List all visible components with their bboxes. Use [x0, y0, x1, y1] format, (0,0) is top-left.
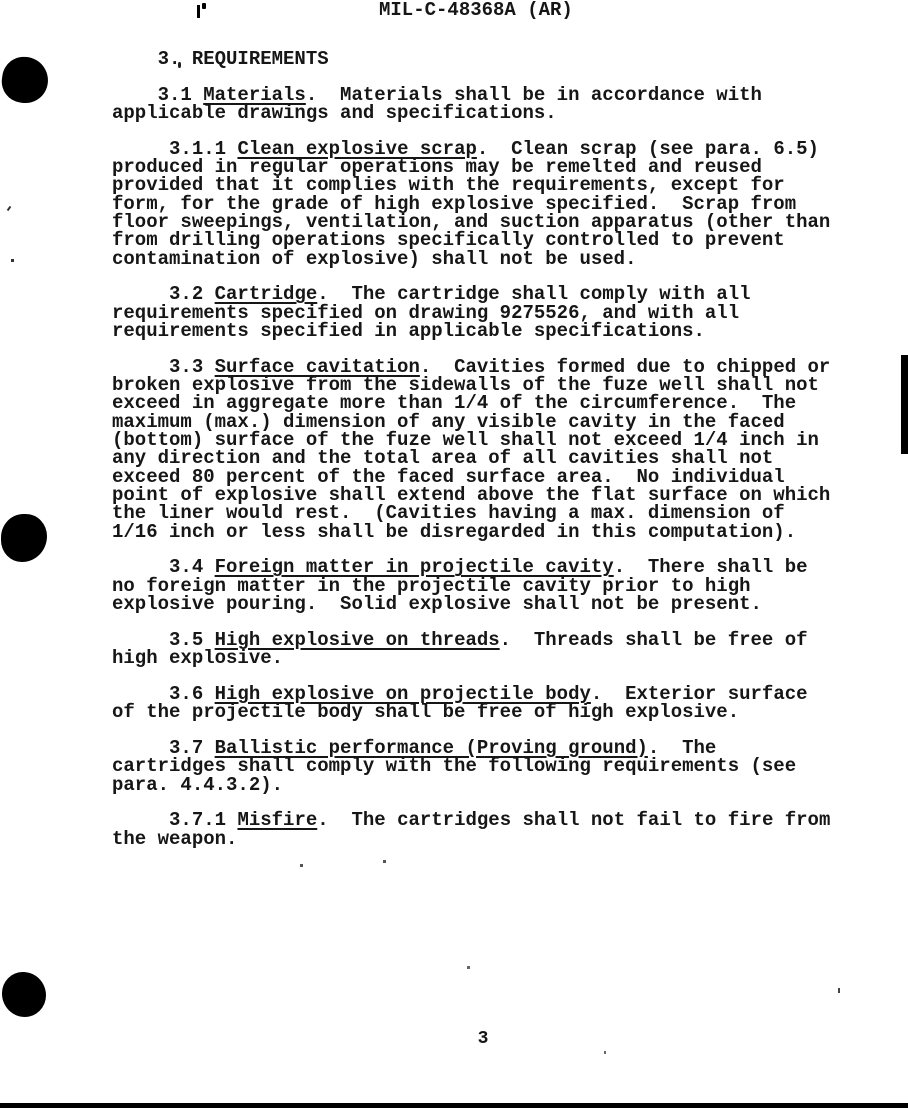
document-id-header: MIL-C-48368A (AR): [379, 1, 573, 20]
para-3-3: 3.3 Surface cavitation. Cavities formed …: [112, 358, 854, 541]
page-bottom-rule: [0, 1103, 908, 1108]
scan-speck: [604, 1051, 606, 1054]
scan-speck: [467, 966, 470, 969]
section-3-heading: 3. REQUIREMENTS: [112, 50, 854, 68]
para-3-2: 3.2 Cartridge. The cartridge shall compl…: [112, 285, 854, 340]
scan-artifact-mark: [197, 5, 200, 18]
scan-speck: [11, 259, 14, 262]
hole-punch-bottom: [2, 972, 46, 1017]
para-3-7: 3.7 Ballistic performance (Proving groun…: [112, 739, 854, 794]
hole-punch-middle: [1, 514, 47, 562]
para-3-1-1: 3.1.1 Clean explosive scrap. Clean scrap…: [112, 140, 854, 268]
hole-punch-top: [0, 54, 51, 106]
scan-speck: [7, 206, 12, 211]
page-number: 3: [112, 1030, 854, 1048]
para-3-5: 3.5 High explosive on threads. Threads s…: [112, 631, 854, 668]
para-3-1: 3.1 Materials. Materials shall be in acc…: [112, 86, 854, 123]
para-3-4: 3.4 Foreign matter in projectile cavity.…: [112, 558, 854, 613]
para-3-7-1: 3.7.1 Misfire. The cartridges shall not …: [112, 811, 854, 848]
document-body: 3. REQUIREMENTS 3.1 Materials. Materials…: [112, 50, 854, 865]
scanned-document-page: MIL-C-48368A (AR) 3. REQUIREMENTS 3.1 Ma…: [0, 0, 908, 1110]
scan-edge-bar: [901, 355, 908, 454]
para-3-6: 3.6 High explosive on projectile body. E…: [112, 685, 854, 722]
scan-speck: [838, 988, 840, 993]
